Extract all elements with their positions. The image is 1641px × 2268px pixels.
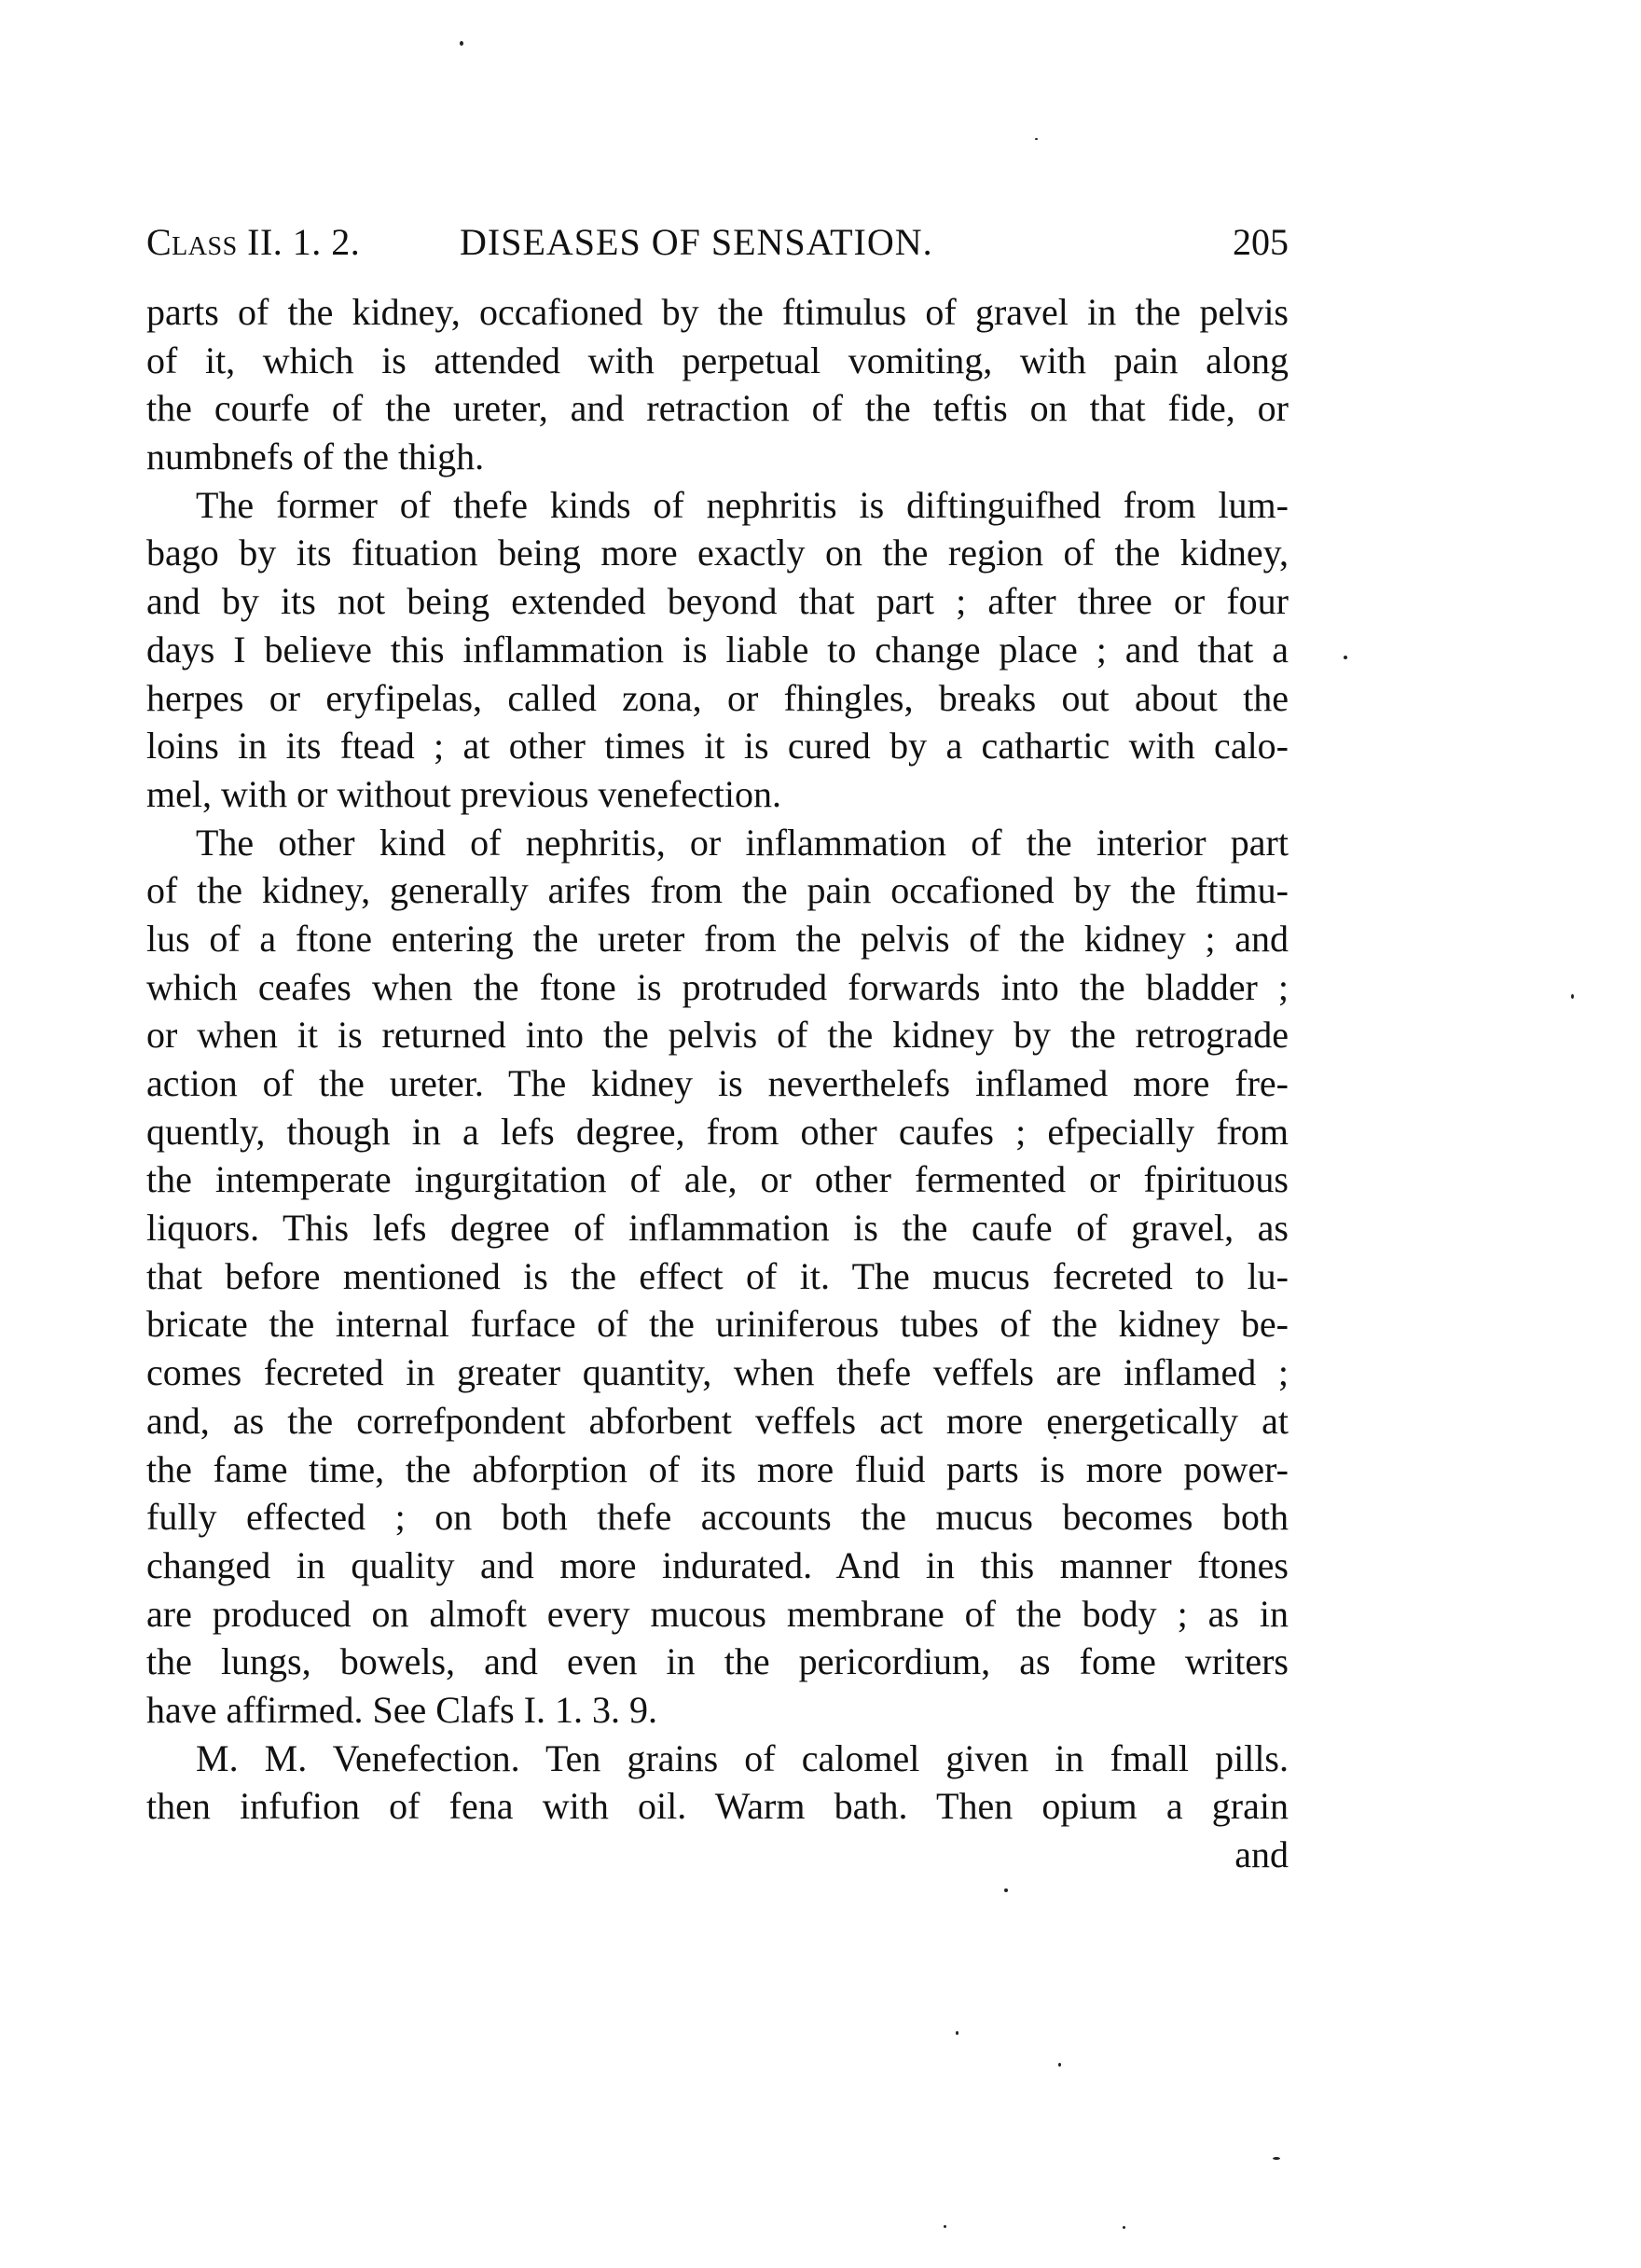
text-line: are produced on almoft every mucous memb… (146, 1590, 1289, 1639)
paragraph-start-line: M. M. Venefection. Ten grains of calomel… (146, 1735, 1289, 1783)
text-line: mel, with or without previous venefectio… (146, 770, 1289, 819)
scan-speck (1571, 994, 1574, 999)
text-line: of the kidney, generally arifes from the… (146, 866, 1289, 915)
text-line: quently, though in a lefs degree, from o… (146, 1108, 1289, 1156)
text-line: that before mentioned is the effect of i… (146, 1252, 1289, 1301)
scan-speck (1123, 2226, 1125, 2229)
page-number: 205 (1233, 220, 1289, 265)
text-line: action of the ureter. The kidney is neve… (146, 1059, 1289, 1108)
scan-speck (1054, 1436, 1056, 1439)
text-line: days I believe this inflammation is liab… (146, 626, 1289, 674)
text-line: comes fecreted in greater quantity, when… (146, 1348, 1289, 1397)
text-line: loins in its ftead ; at other times it i… (146, 722, 1289, 770)
scan-speck (1035, 138, 1038, 140)
text-line: herpes or eryfipelas, called zona, or fh… (146, 674, 1289, 723)
section-title: DISEASES OF SENSATION. (460, 220, 933, 265)
text-line: the courfe of the ureter, and retraction… (146, 384, 1289, 433)
text-line: bago by its fituation being more exactly… (146, 529, 1289, 577)
text-line: the lungs, bowels, and even in the peric… (146, 1638, 1289, 1686)
scan-speck (956, 2031, 958, 2035)
text-line: then infufion of fena with oil. Warm bat… (146, 1782, 1289, 1831)
text-line: which ceafes when the ftone is protruded… (146, 963, 1289, 1012)
text-line: of it, which is attended with perpetual … (146, 337, 1289, 385)
text-line: numbnefs of the thigh. (146, 433, 1289, 481)
scan-speck (1058, 2063, 1061, 2067)
book-page: Class II. 1. 2. DISEASES OF SENSATION. 2… (0, 0, 1641, 2268)
scan-speck (1004, 1888, 1008, 1892)
text-line: fully effected ; on both thefe accounts … (146, 1493, 1289, 1542)
text-line: bricate the internal furface of the urin… (146, 1300, 1289, 1348)
text-line: the intemperate ingurgitation of ale, or… (146, 1155, 1289, 1204)
body-text: parts of the kidney, occafioned by the f… (146, 288, 1289, 1879)
text-line: the fame time, the abforption of its mor… (146, 1445, 1289, 1494)
text-line: and by its not being extended beyond tha… (146, 577, 1289, 626)
class-reference: Class II. 1. 2. (146, 220, 360, 265)
catchword: and (146, 1831, 1289, 1879)
text-line: liquors. This lefs degree of inflammatio… (146, 1204, 1289, 1252)
paragraph-start-line: The former of thefe kinds of nephritis i… (146, 481, 1289, 530)
text-line: changed in quality and more indurated. A… (146, 1542, 1289, 1590)
scan-speck (1344, 656, 1347, 659)
text-line: and, as the correfpondent abforbent veff… (146, 1397, 1289, 1445)
paragraph-start-line: The other kind of nephritis, or inflamma… (146, 819, 1289, 867)
text-line: have affirmed. See Clafs I. 1. 3. 9. (146, 1686, 1289, 1735)
text-line: lus of a ftone entering the ureter from … (146, 915, 1289, 963)
scan-speck (460, 41, 463, 46)
running-head: Class II. 1. 2. DISEASES OF SENSATION. 2… (146, 220, 1289, 265)
text-line: parts of the kidney, occafioned by the f… (146, 288, 1289, 337)
text-line: or when it is returned into the pelvis o… (146, 1011, 1289, 1059)
scan-speck (944, 2225, 946, 2228)
scan-speck (1273, 2157, 1280, 2160)
